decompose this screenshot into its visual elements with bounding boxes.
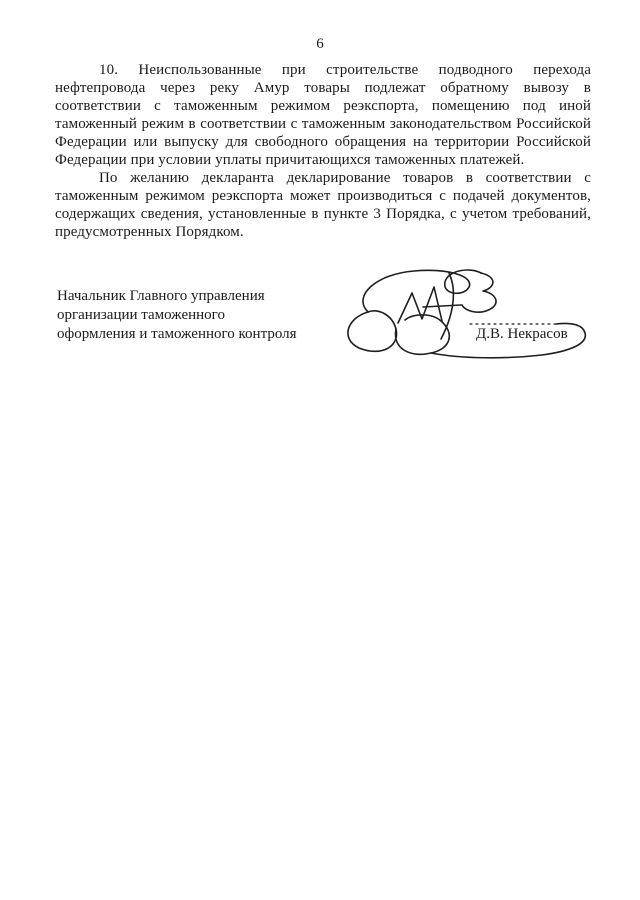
paragraph-line: Федерации при условии уплаты причитающих…: [55, 151, 591, 169]
paragraph-line: нефтепровода через реку Амур товары подл…: [55, 79, 591, 97]
paragraph-line: предусмотренных Порядком.: [55, 223, 591, 241]
paragraph-line: содержащих сведения, установленные в пун…: [55, 205, 591, 223]
signature-title-line: организации таможенного: [57, 306, 357, 325]
signatory-name: Д.В. Некрасов: [476, 326, 568, 343]
body-text: 10. Неиспользованные при строительстве п…: [55, 61, 591, 241]
page-number: 6: [0, 36, 640, 53]
paragraph-line: таможенный режим в соответствии с таможе…: [55, 115, 591, 133]
handwritten-signature-scribble: [332, 262, 598, 362]
paragraph-line: По желанию декларанта декларирование тов…: [55, 169, 591, 187]
paragraph-10: 10. Неиспользованные при строительстве п…: [55, 61, 591, 169]
paragraph-line: 10. Неиспользованные при строительстве п…: [55, 61, 591, 79]
paragraph-declarant: По желанию декларанта декларирование тов…: [55, 169, 591, 241]
paragraph-line: Федерации или выпуску для свободного обр…: [55, 133, 591, 151]
signature-title-block: Начальник Главного управления организаци…: [57, 287, 357, 344]
signature-title-line: Начальник Главного управления: [57, 287, 357, 306]
paragraph-line: соответствии с таможенным режимом реэксп…: [55, 97, 591, 115]
document-page: 6 10. Неиспользованные при строительстве…: [0, 0, 640, 900]
paragraph-line: таможенным режимом реэкспорта может прои…: [55, 187, 591, 205]
signature-title-line: оформления и таможенного контроля: [57, 325, 357, 344]
